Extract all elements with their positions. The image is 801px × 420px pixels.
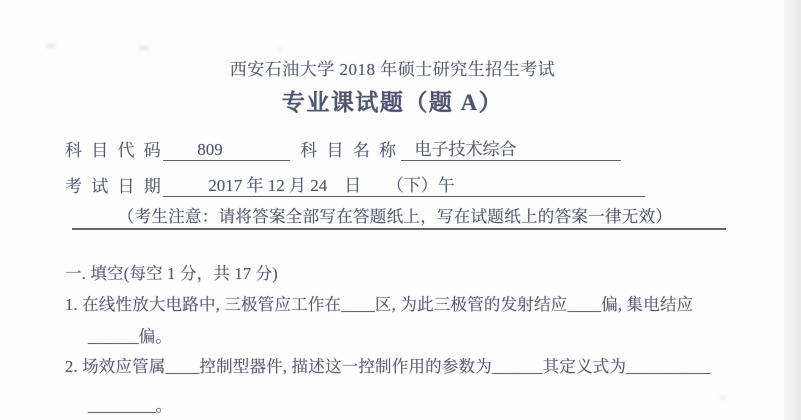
exam-date-label: 考 试 日 期 [65, 177, 163, 196]
exam-date-row: 考 试 日 期2017 年 12 月 24 日 （下）午 [65, 171, 645, 197]
scan-artifact [277, 48, 283, 52]
exam-date-blank: 2017 年 12 月 24 日 （下）午 [163, 171, 645, 197]
header-divider-rule [72, 228, 726, 230]
section-heading: 一. 填空(每空 1 分，共 17 分) [65, 260, 278, 284]
subject-row: 科 目 代 码809科 目 名 称电子技术综合 [65, 135, 621, 161]
exam-paper-page: 西安石油大学 2018 年硕士研究生招生考试 专业课试题（题 A） 科 目 代 … [0, 0, 801, 420]
subject-name-label: 科 目 名 称 [300, 141, 398, 160]
scan-artifact [138, 46, 150, 50]
candidate-notice: （考生注意：请将答案全部写在答题纸上，写在试题纸上的答案一律无效） [0, 203, 790, 227]
question-1-line-2: ______偏。 [88, 323, 172, 347]
subject-name-blank: 电子技术综合 [401, 135, 621, 161]
question-2-line-2: ________。 [88, 392, 172, 416]
scan-artifact [720, 396, 725, 400]
exam-title: 西安石油大学 2018 年硕士研究生招生考试 [0, 55, 785, 80]
subject-code-blank: 809 [163, 140, 290, 161]
subject-code-label: 科 目 代 码 [65, 141, 163, 160]
question-1-line-1: 1. 在线性放大电路中, 三极管应工作在____区, 为此三极管的发射结应___… [65, 291, 693, 315]
question-2-line-1: 2. 场效应管属____控制型器件, 描述这一控制作用的参数为______其定义… [65, 353, 711, 377]
exam-subtitle: 专业课试题（题 A） [0, 84, 785, 117]
scan-artifact [46, 44, 56, 48]
